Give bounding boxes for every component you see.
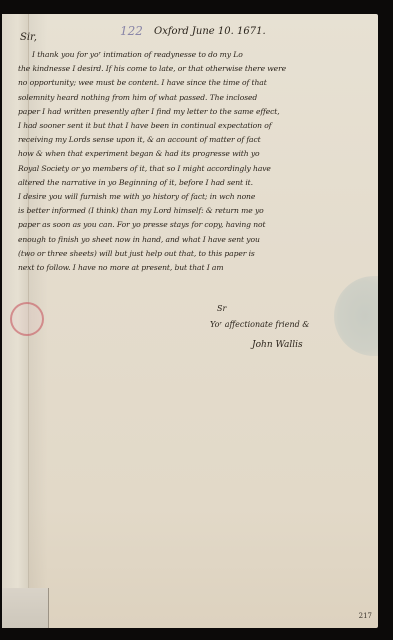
body-line: I desire you will furnish me with yo his… (18, 190, 286, 204)
body-line: solemnity heard nothing from him of what… (18, 91, 286, 105)
body-line: I had sooner sent it but that I have bee… (18, 119, 286, 133)
body-line: the kindnesse I desird. If his come to l… (18, 62, 286, 76)
body-line: how & when that experiment began & had i… (18, 147, 286, 161)
library-stamp (10, 302, 44, 336)
body-line: altered the narrative in yo Beginning of… (18, 176, 286, 190)
signature: John Wallis (252, 340, 303, 350)
water-stain (334, 276, 378, 356)
letter-body: I thank you for yoʳ intimation of readyn… (18, 48, 286, 275)
body-line: next to follow. I have no more at presen… (18, 261, 286, 275)
torn-corner (2, 588, 49, 628)
body-line: receiving my Lords sense upon it, & an a… (18, 133, 286, 147)
folio-mark: 122 (120, 24, 143, 38)
page-number: 217 (359, 612, 372, 620)
manuscript-page: 122 Oxford June 10. 1671. Sir, I thank y… (2, 14, 378, 628)
closing-phrase: Yoʳ affectionate friend & (210, 320, 309, 329)
body-line: enough to finish yo sheet now in hand, a… (18, 233, 286, 247)
dateline: Oxford June 10. 1671. (154, 26, 266, 37)
body-line: Royal Society or yo members of it, that … (18, 162, 286, 176)
closing-sir: Sr (217, 304, 226, 313)
salutation: Sir, (20, 32, 37, 43)
body-line: (two or three sheets) will but just help… (18, 247, 286, 261)
body-line: is better informed (I think) than my Lor… (18, 204, 286, 218)
body-line: I thank you for yoʳ intimation of readyn… (18, 48, 286, 62)
body-line: paper I had written presently after I fi… (18, 105, 286, 119)
body-line: paper as soon as you can. For yo presse … (18, 218, 286, 232)
body-line: no opportunity; wee must be content. I h… (18, 76, 286, 90)
